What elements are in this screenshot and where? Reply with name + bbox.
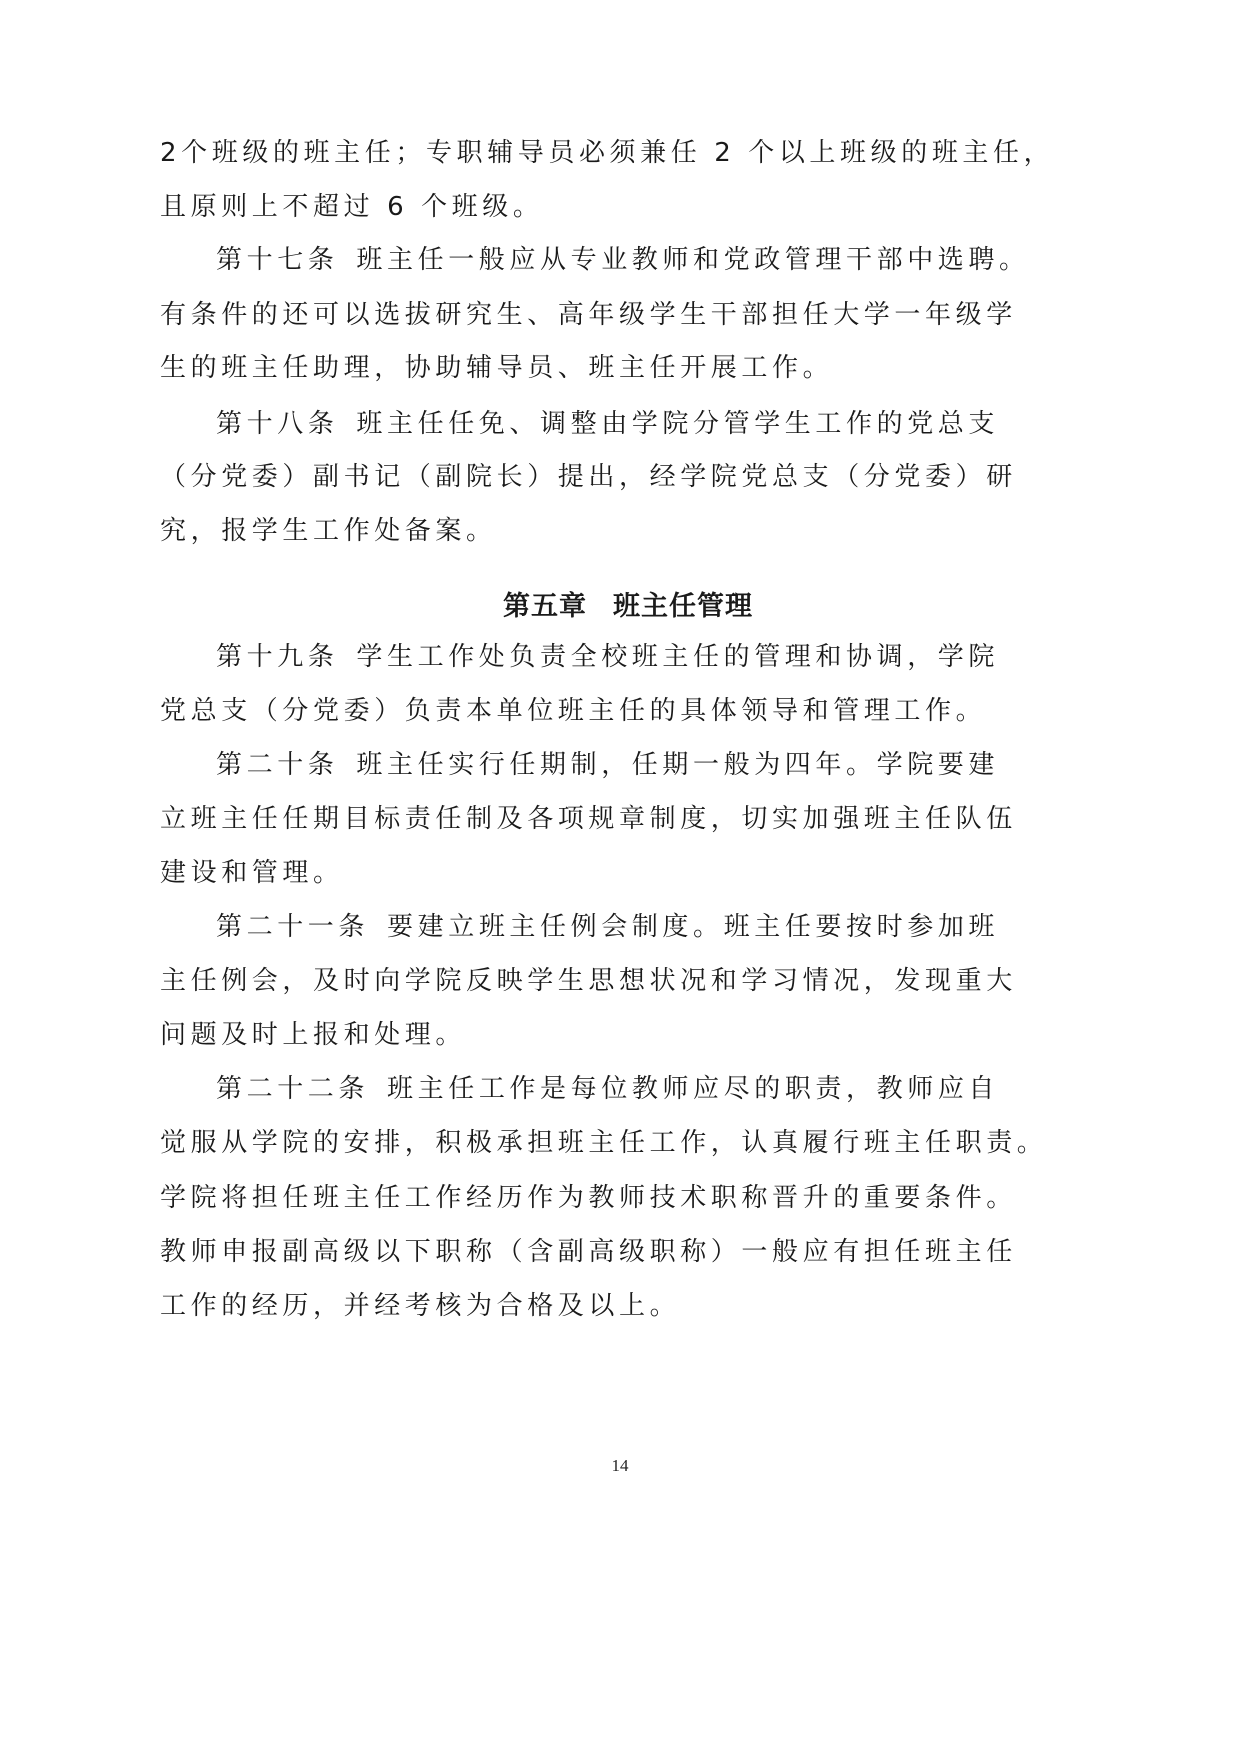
- article-label: 第二十一条: [216, 912, 369, 942]
- article-text: 班主任实行任期制，任期一般为四年。学院要建: [356, 750, 999, 780]
- paragraph-line: 2个班级的班主任；专职辅导员必须兼任 2 个以上班级的班主任，: [160, 138, 980, 168]
- paragraph-line: 学院将担任班主任工作经历作为教师技术职称晋升的重要条件。: [160, 1183, 980, 1213]
- paragraph-line: 工作的经历，并经考核为合格及以上。: [160, 1291, 980, 1321]
- article-19-first-line: 第十九条学生工作处负责全校班主任的管理和协调，学院: [216, 642, 980, 672]
- document-page: 2个班级的班主任；专职辅导员必须兼任 2 个以上班级的班主任， 且原则上不超过 …: [0, 0, 1240, 1753]
- article-label: 第十九条: [216, 642, 338, 672]
- paragraph-line: 党总支（分党委）负责本单位班主任的具体领导和管理工作。: [160, 696, 980, 726]
- article-label: 第十七条: [216, 245, 338, 275]
- article-text: 要建立班主任例会制度。班主任要按时参加班: [387, 912, 999, 942]
- paragraph-line: 问题及时上报和处理。: [160, 1020, 980, 1050]
- paragraph-line: 教师申报副高级以下职称（含副高级职称）一般应有担任班主任: [160, 1237, 980, 1267]
- paragraph-line: 且原则上不超过 6 个班级。: [160, 192, 980, 222]
- article-18-first-line: 第十八条班主任任免、调整由学院分管学生工作的党总支: [216, 409, 980, 439]
- chapter-heading: 第五章班主任管理: [0, 590, 1240, 624]
- paragraph-line: 建设和管理。: [160, 858, 980, 888]
- article-17-first-line: 第十七条班主任一般应从专业教师和党政管理干部中选聘。: [216, 245, 980, 275]
- article-label: 第二十二条: [216, 1074, 369, 1104]
- article-text: 班主任任免、调整由学院分管学生工作的党总支: [356, 409, 999, 439]
- article-label: 第十八条: [216, 409, 338, 439]
- paragraph-line: 生的班主任助理，协助辅导员、班主任开展工作。: [160, 353, 980, 383]
- article-text: 班主任工作是每位教师应尽的职责，教师应自: [387, 1074, 999, 1104]
- paragraph-line: （分党委）副书记（副院长）提出，经学院党总支（分党委）研: [160, 462, 980, 492]
- article-text: 学生工作处负责全校班主任的管理和协调，学院: [356, 642, 999, 672]
- paragraph-line: 觉服从学院的安排，积极承担班主任工作，认真履行班主任职责。: [160, 1128, 980, 1158]
- article-22-first-line: 第二十二条班主任工作是每位教师应尽的职责，教师应自: [216, 1074, 980, 1104]
- paragraph-line: 主任例会，及时向学院反映学生思想状况和学习情况，发现重大: [160, 966, 980, 996]
- article-label: 第二十条: [216, 750, 338, 780]
- article-20-first-line: 第二十条班主任实行任期制，任期一般为四年。学院要建: [216, 750, 980, 780]
- paragraph-line: 有条件的还可以选拔研究生、高年级学生干部担任大学一年级学: [160, 300, 980, 330]
- paragraph-line: 立班主任任期目标责任制及各项规章制度，切实加强班主任队伍: [160, 804, 980, 834]
- chapter-number: 第五章: [503, 591, 587, 622]
- page-number: 14: [0, 1456, 1240, 1476]
- chapter-title: 班主任管理: [613, 591, 753, 622]
- article-21-first-line: 第二十一条要建立班主任例会制度。班主任要按时参加班: [216, 912, 980, 942]
- paragraph-line: 究，报学生工作处备案。: [160, 516, 980, 546]
- article-text: 班主任一般应从专业教师和党政管理干部中选聘。: [356, 245, 1029, 275]
